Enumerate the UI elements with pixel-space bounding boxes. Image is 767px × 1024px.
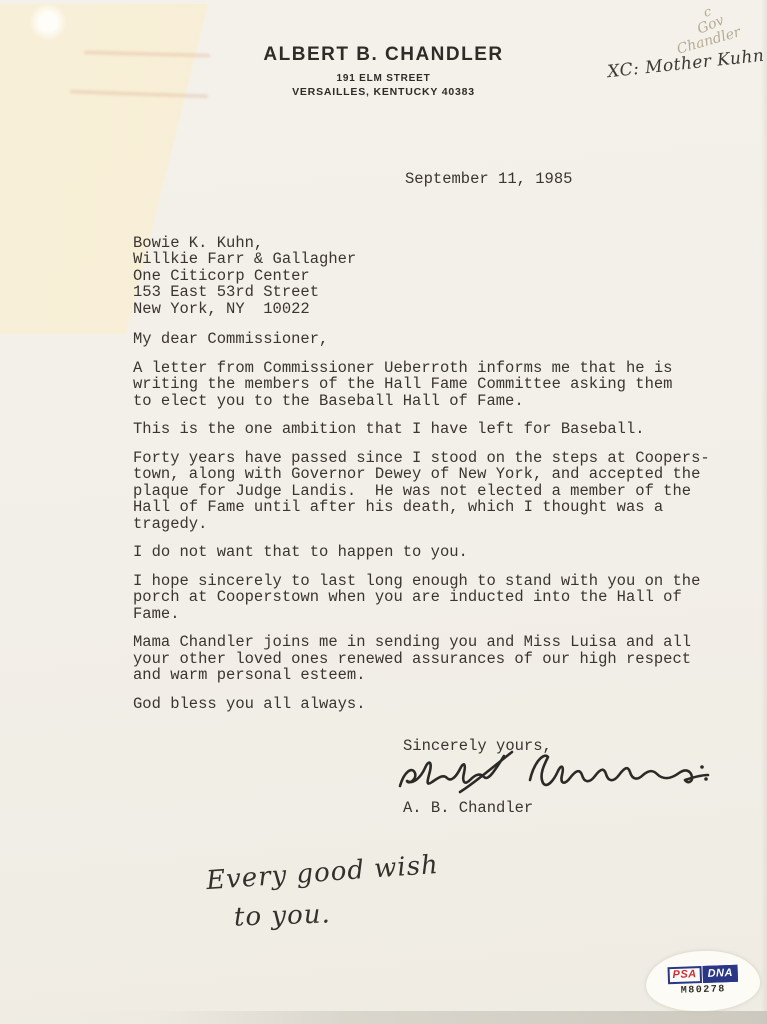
letterhead-street: 191 ELM STREET: [0, 73, 767, 84]
letter-date: September 11, 1985: [405, 170, 572, 188]
paragraph: I do not want that to happen to you.: [133, 544, 733, 561]
handwritten-postscript-line1: Every good wish: [205, 850, 439, 896]
letterhead: ALBERT B. CHANDLER 191 ELM STREET VERSAI…: [0, 44, 767, 98]
paragraph: A letter from Commissioner Ueberroth inf…: [133, 360, 733, 410]
handwritten-postscript-line2: to you.: [234, 899, 332, 932]
paragraph: God bless you all always.: [133, 696, 733, 713]
dna-logo-text: DNA: [702, 965, 738, 983]
salutation: My dear Commissioner,: [133, 331, 733, 348]
recipient-address: Bowie K. Kuhn, Willkie Farr & Gallagher …: [133, 235, 356, 317]
paragraph: Forty years have passed since I stood on…: [133, 450, 733, 533]
letterhead-name: ALBERT B. CHANDLER: [0, 44, 767, 66]
paper-spot: [30, 4, 66, 40]
psa-logo-text: PSA: [667, 966, 702, 984]
paragraph: I hope sincerely to last long enough to …: [133, 573, 733, 623]
signature-scrawl: [392, 744, 714, 806]
typed-signature-name: A. B. Chandler: [403, 799, 533, 817]
letter-body: My dear Commissioner, A letter from Comm…: [133, 331, 733, 724]
paragraph: Mama Chandler joins me in sending you an…: [133, 634, 733, 684]
scan-right-edge: [761, 0, 767, 1024]
certification-number: M80278: [681, 984, 726, 997]
scan-bottom-shadow: [0, 1011, 767, 1024]
paragraph: This is the one ambition that I have lef…: [133, 421, 733, 438]
letterhead-city: VERSAILLES, KENTUCKY 40383: [0, 86, 767, 98]
psa-dna-authentication-sticker: PSA DNA M80278: [645, 949, 761, 1013]
psa-dna-logo: PSA DNA: [667, 965, 738, 984]
letter-scan-page: c Gov Chandler XC: Mother Kuhn ALBERT B.…: [0, 0, 767, 1024]
